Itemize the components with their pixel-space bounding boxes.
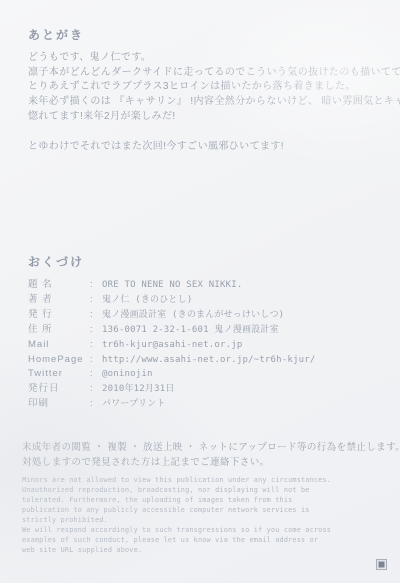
- legal-notice-section: 未成年者の閲覧 ・ 複製 ・ 放送上映 ・ ネットにアップロード等の行為を禁止し…: [22, 440, 386, 555]
- notice-en-block: Minors are not allowed to view this publ…: [22, 475, 386, 555]
- notice-jp-line: 対処しますので発見された方は上記までご連絡下さい。: [22, 455, 386, 470]
- colophon-separator: :: [90, 293, 102, 307]
- colophon-separator: :: [90, 353, 102, 367]
- colophon-label: HomePage: [28, 353, 90, 367]
- afterword-section: あとがき どうもです、鬼ノ仁です。 凛子本がどんどんダークサイドに走ってるのでこ…: [28, 26, 386, 154]
- notice-en-line: Unauthorized reproduction, broadcasting,…: [22, 485, 386, 495]
- colophon-value: 2010年12月31日: [102, 383, 175, 397]
- colophon-value: 鬼ノ漫画設計室 (きのまんがせっけいしつ): [102, 309, 284, 323]
- colophon-separator: :: [90, 278, 102, 292]
- colophon-row-publisher: 発 行 : 鬼ノ漫画設計室 (きのまんがせっけいしつ): [28, 308, 386, 323]
- afterword-heading: あとがき: [28, 26, 386, 43]
- colophon-separator: :: [90, 338, 102, 352]
- colophon-row-twitter: Twitter : @oninojin: [28, 367, 386, 382]
- colophon-separator: :: [90, 323, 102, 337]
- colophon-separator: :: [90, 382, 102, 396]
- afterword-line: 来年必ず描くのは 『キャサリン』 !内容全然分からないけど、 暗い雰囲気とキャラ…: [28, 95, 386, 110]
- afterword-line: どうもです、鬼ノ仁です。: [28, 51, 386, 66]
- colophon-value: ORE TO NENE NO SEX NIKKI.: [102, 279, 242, 293]
- colophon-heading: おくづけ: [28, 253, 386, 270]
- colophon-separator: :: [90, 308, 102, 322]
- colophon-row-title: 題 名 : ORE TO NENE NO SEX NIKKI.: [28, 278, 386, 293]
- notice-en-line: We will respond accordingly to such tran…: [22, 525, 386, 535]
- notice-en-line: web site URL supplied above.: [22, 545, 386, 555]
- colophon-value-twitter: @oninojin: [102, 368, 153, 382]
- colophon-label: 住 所: [28, 323, 90, 337]
- colophon-value: パワープリント: [102, 398, 166, 412]
- colophon-row-homepage: HomePage : http://www.asahi-net.or.jp/~t…: [28, 353, 386, 368]
- colophon-label: 発 行: [28, 308, 90, 322]
- notice-en-line: tolerated. Furthermore, the uploading of…: [22, 495, 386, 505]
- notice-en-line: examples of such conduct, please let us …: [22, 535, 386, 545]
- colophon-label: 発行日: [28, 382, 90, 396]
- notice-en-line: strictly prohibited.: [22, 515, 386, 525]
- colophon-value: 136-0071 2-32-1-601 鬼ノ漫画設計室: [102, 324, 279, 338]
- colophon-label: Twitter: [28, 367, 90, 381]
- afterword-line: 惚れてます!来年2月が楽しみだ!: [28, 110, 386, 125]
- colophon-label: 題 名: [28, 278, 90, 292]
- notice-en-line: publication to any publicly accessible c…: [22, 505, 386, 515]
- afterword-line: とりあえずこれでラブプラス3ヒロインは描いたから落ち着きました。: [28, 80, 386, 95]
- colophon-row-address: 住 所 : 136-0071 2-32-1-601 鬼ノ漫画設計室: [28, 323, 386, 338]
- colophon-value: 鬼ノ仁 (きのひとし): [102, 294, 192, 308]
- colophon-label: 印刷: [28, 397, 90, 411]
- notice-en-line: Minors are not allowed to view this publ…: [22, 475, 386, 485]
- colophon-separator: :: [90, 397, 102, 411]
- page-number-marker: [376, 559, 387, 570]
- colophon-row-mail: Mail : tr6h-kjur@asahi-net.or.jp: [28, 338, 386, 353]
- colophon-separator: :: [90, 367, 102, 381]
- colophon-row-pubdate: 発行日 : 2010年12月31日: [28, 382, 386, 397]
- notice-jp-line: 未成年者の閲覧 ・ 複製 ・ 放送上映 ・ ネットにアップロード等の行為を禁止し…: [22, 440, 386, 455]
- colophon-value-email: tr6h-kjur@asahi-net.or.jp: [102, 339, 242, 353]
- afterword-closing-line: とゆわけでそれではまた次回!今すごい風邪ひいてます!: [28, 140, 386, 155]
- colophon-row-author: 著 者 : 鬼ノ仁 (きのひとし): [28, 293, 386, 308]
- afterword-line: 凛子本がどんどんダークサイドに走ってるのでこういう気の抜けたのも描いてて楽しい!: [28, 66, 386, 81]
- scanned-afterword-page: あとがき どうもです、鬼ノ仁です。 凛子本がどんどんダークサイドに走ってるのでこ…: [0, 0, 400, 583]
- colophon-section: おくづけ 題 名 : ORE TO NENE NO SEX NIKKI. 著 者…: [28, 253, 386, 412]
- colophon-label: 著 者: [28, 293, 90, 307]
- colophon-value-url: http://www.asahi-net.or.jp/~tr6h-kjur/: [102, 354, 316, 368]
- colophon-row-printer: 印刷 : パワープリント: [28, 397, 386, 412]
- colophon-label: Mail: [28, 338, 90, 352]
